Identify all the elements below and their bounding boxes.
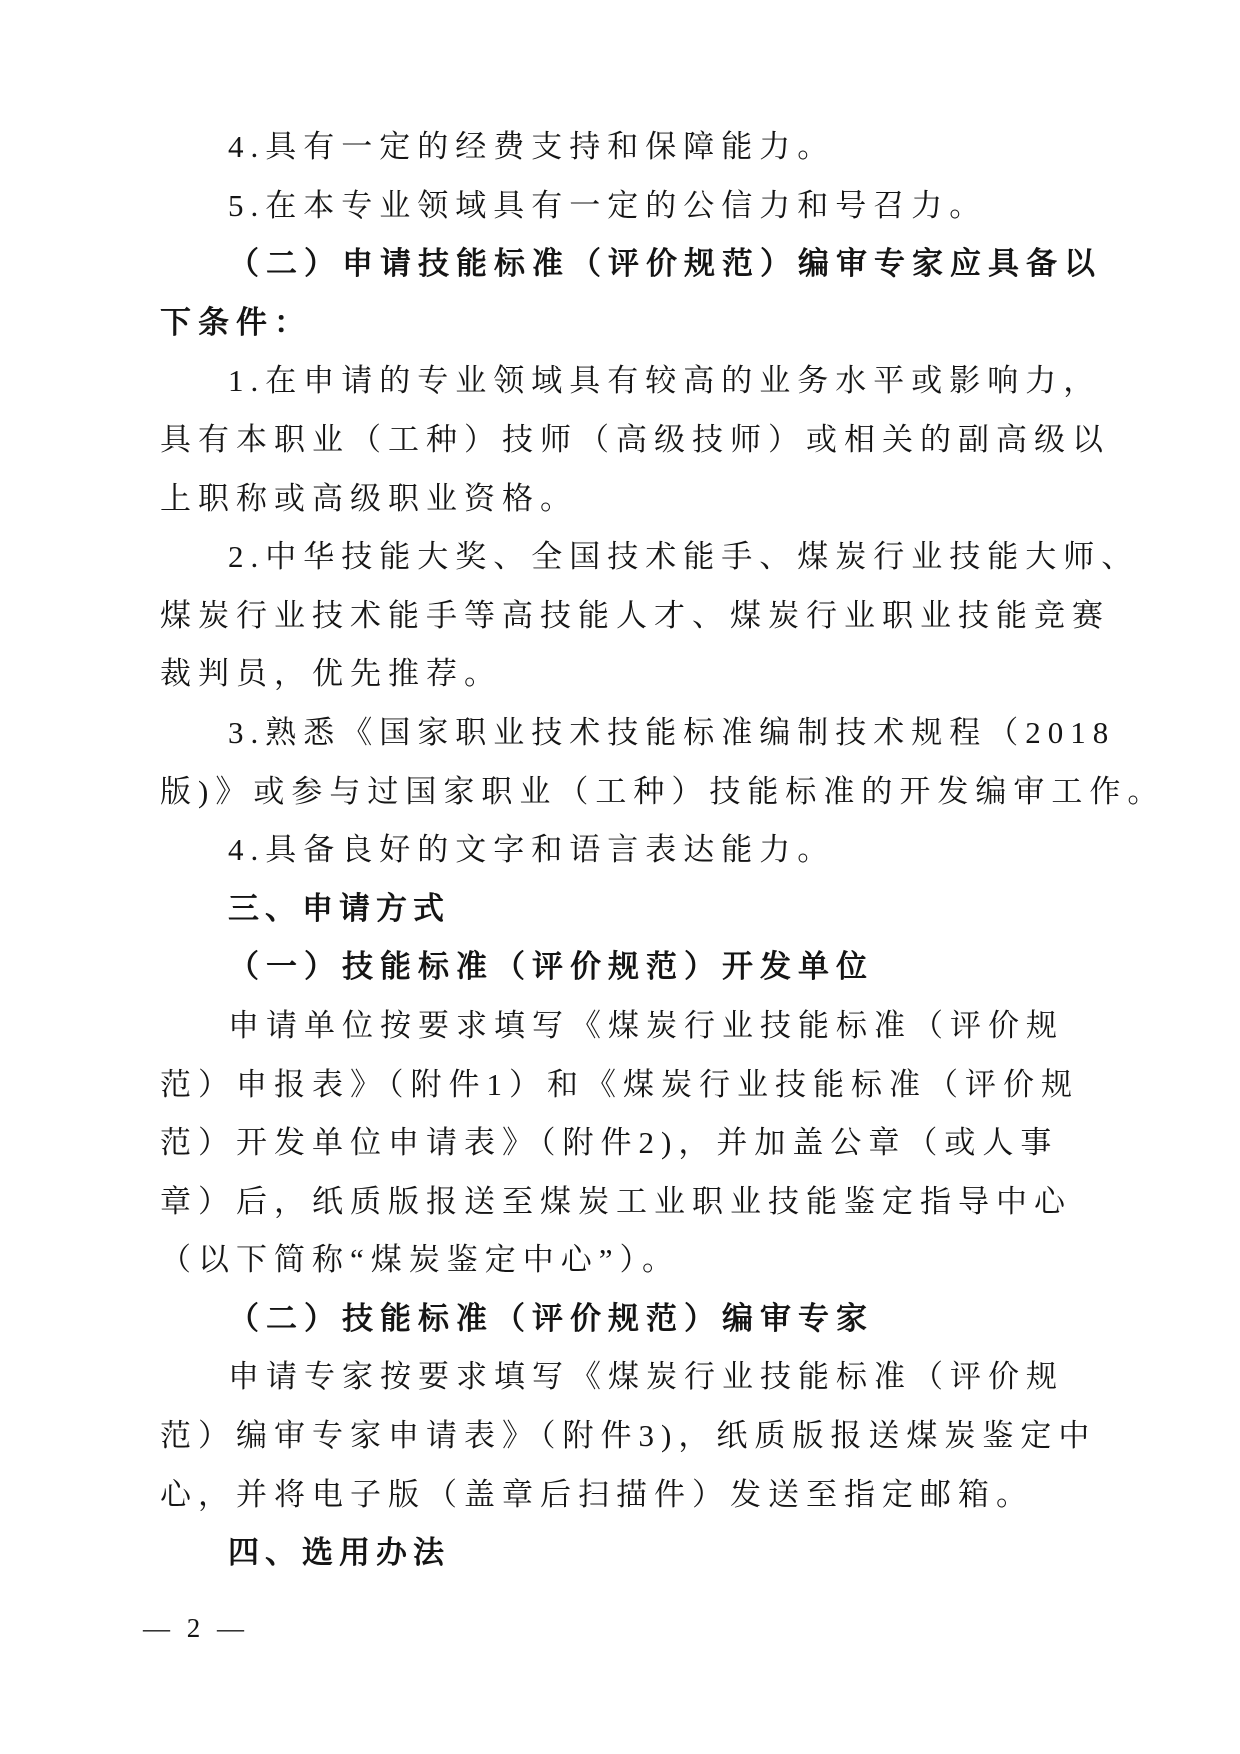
body-item-4: 4.具有一定的经费支持和保障能力。 — [160, 118, 1108, 177]
expert-item-1-cont-2: 上职称或高级职业资格。 — [160, 470, 1108, 529]
apply-expert-para: 申请专家按要求填写《煤炭行业技能标准（评价规 — [160, 1348, 1108, 1407]
expert-item-3: 3.熟悉《国家职业技术技能标准编制技术规程（2018 — [160, 704, 1108, 763]
apply-unit-para: 申请单位按要求填写《煤炭行业技能标准（评价规 — [160, 997, 1108, 1056]
apply-unit-para-cont-1: 范）申报表》（附件1）和《煤炭行业技能标准（评价规 — [160, 1056, 1108, 1115]
subsection-heading-2-cont: 下条件： — [160, 294, 1108, 353]
subsection-heading-3-1: （一）技能标准（评价规范）开发单位 — [160, 938, 1108, 997]
expert-item-2: 2.中华技能大奖、全国技术能手、煤炭行业技能大师、 — [160, 528, 1108, 587]
apply-expert-para-cont-2: 心，并将电子版（盖章后扫描件）发送至指定邮箱。 — [160, 1466, 1108, 1525]
document-page: 4.具有一定的经费支持和保障能力。 5.在本专业领域具有一定的公信力和号召力。 … — [0, 0, 1240, 1754]
document-body: 4.具有一定的经费支持和保障能力。 5.在本专业领域具有一定的公信力和号召力。 … — [160, 118, 1108, 1583]
apply-unit-para-cont-2: 范）开发单位申请表》（附件2)，并加盖公章（或人事 — [160, 1114, 1108, 1173]
expert-item-4: 4.具备良好的文字和语言表达能力。 — [160, 821, 1108, 880]
subsection-heading-2: （二）申请技能标准（评价规范）编审专家应具备以 — [160, 235, 1108, 294]
subsection-heading-3-2: （二）技能标准（评价规范）编审专家 — [160, 1290, 1108, 1349]
body-item-5: 5.在本专业领域具有一定的公信力和号召力。 — [160, 177, 1108, 236]
expert-item-1-cont-1: 具有本职业（工种）技师（高级技师）或相关的副高级以 — [160, 411, 1108, 470]
expert-item-2-cont-1: 煤炭行业技术能手等高技能人才、煤炭行业职业技能竞赛 — [160, 587, 1108, 646]
expert-item-2-cont-2: 裁判员，优先推荐。 — [160, 645, 1108, 704]
expert-item-1: 1.在申请的专业领域具有较高的业务水平或影响力， — [160, 352, 1108, 411]
apply-unit-para-cont-3: 章）后，纸质版报送至煤炭工业职业技能鉴定指导中心 — [160, 1173, 1108, 1232]
expert-item-3-cont: 版)》或参与过国家职业（工种）技能标准的开发编审工作。 — [160, 763, 1108, 822]
section-heading-3: 三、申请方式 — [160, 880, 1108, 939]
page-number: — 2 — — [143, 1613, 249, 1644]
section-heading-4: 四、选用办法 — [160, 1524, 1108, 1583]
apply-unit-para-cont-4: （以下简称“煤炭鉴定中心”）。 — [160, 1231, 1108, 1290]
apply-expert-para-cont-1: 范）编审专家申请表》（附件3)，纸质版报送煤炭鉴定中 — [160, 1407, 1108, 1466]
